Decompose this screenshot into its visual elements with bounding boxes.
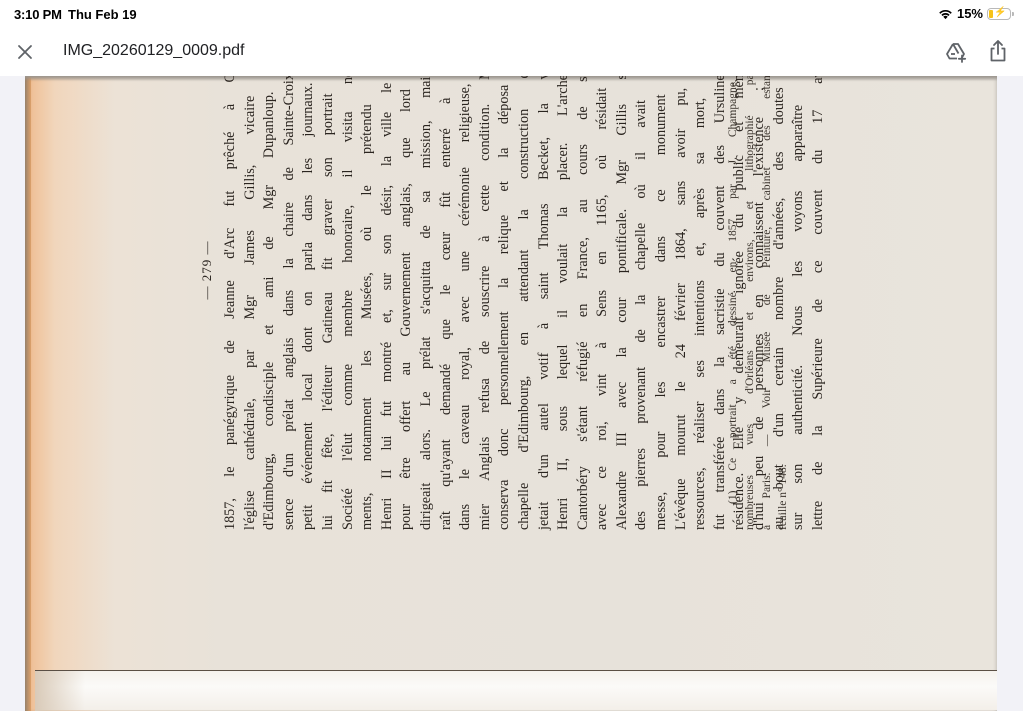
footnote-line: nombreuses vues d'Orléans et environs, e… <box>742 76 759 530</box>
text-line: ressources, réaliser ses intentions et, … <box>691 76 711 530</box>
text-line: Cantorbéry s'étant réfugié en France, au… <box>574 76 594 530</box>
text-line: des pierres provenant de la chapelle où … <box>632 76 652 530</box>
text-line: L'évêque mourut le 24 février 1864, sans… <box>672 76 692 530</box>
status-date: Thu Feb 19 <box>68 7 137 22</box>
page-binding-edge <box>25 76 31 711</box>
text-line: Henri II lui fut montré et, sur son dési… <box>378 76 398 530</box>
status-bar: 3:10 PM Thu Feb 19 15% ⚡ <box>0 0 1023 28</box>
wifi-icon <box>938 8 953 20</box>
pdf-viewer[interactable]: — 279 — 1857, le panégyrique de Jeanne d… <box>0 76 1023 711</box>
text-line: Alexandre III avec la cour pontificale. … <box>613 76 633 530</box>
page-bottom-strip <box>35 670 997 710</box>
text-line: conserva donc personnellement la relique… <box>495 76 515 530</box>
page-number: — 279 — <box>199 76 215 550</box>
text-line: l'église cathédrale, par Mgr James Gilli… <box>241 76 261 530</box>
document-title: IMG_20260129_0009.pdf <box>63 42 244 60</box>
text-line: raît qu'ayant demandé que le cœur fût en… <box>437 76 457 530</box>
share-icon[interactable] <box>987 39 1009 63</box>
text-line: jetait d'un autel votif à saint Thomas B… <box>535 76 555 530</box>
pdf-page: — 279 — 1857, le panégyrique de Jeanne d… <box>25 76 997 711</box>
text-line: pour être offert au Gouvernement anglais… <box>397 76 417 530</box>
footnote-line: (1) Ce portrait a été dessiné en 1857 pa… <box>725 76 742 530</box>
battery-percent: 15% <box>957 6 983 21</box>
text-line: messe, pour les encastrer dans ce monume… <box>652 76 672 530</box>
close-icon[interactable] <box>14 41 36 63</box>
status-indicators: 15% ⚡ <box>938 6 1011 21</box>
strip-shading <box>35 671 85 711</box>
text-line: lettre de la Supérieure de ce couvent du… <box>809 76 829 530</box>
text-line: dans le caveau royal, avec une cérémonie… <box>456 76 476 530</box>
text-line: d'Edimbourg, condisciple et ami de Mgr D… <box>260 76 280 530</box>
text-line: mier Anglais refusa de souscrire à cette… <box>476 76 496 530</box>
text-line: 1857, le panégyrique de Jeanne d'Arc fut… <box>221 76 241 530</box>
footnote-line: à Paris. — Voir Musée de Peinture, cabin… <box>759 76 776 530</box>
battery-charging-icon: ⚡ <box>987 8 1011 20</box>
text-line: sence d'un prélat anglais dans la chaire… <box>280 76 300 530</box>
text-line: ments, notamment les Musées, où le préte… <box>358 76 378 530</box>
footnote: (1) Ce portrait a été dessiné en 1857 pa… <box>725 76 792 530</box>
rotated-page-content: — 279 — 1857, le panégyrique de Jeanne d… <box>185 76 945 550</box>
text-line: Henri II, sous lequel il voulait la plac… <box>554 76 574 530</box>
text-line: Société l'élut comme membre honoraire, i… <box>339 76 359 530</box>
text-line: petit événement local dont on parla dans… <box>299 76 319 530</box>
text-line: avec ce roi, vint à Sens en 1165, où rés… <box>593 76 613 530</box>
status-time: 3:10 PM <box>14 7 62 22</box>
bolt-icon: ⚡ <box>994 7 1006 18</box>
battery-level <box>989 10 993 18</box>
text-line: dirigeait alors. Le prélat s'acquitta de… <box>417 76 437 530</box>
drive-add-icon[interactable] <box>944 40 968 64</box>
viewer-toolbar: IMG_20260129_0009.pdf <box>0 28 1023 76</box>
text-line: lui fit fête, l'éditeur Gatineau fit gra… <box>319 76 339 530</box>
text-line: chapelle d'Edimbourg, en attendant la co… <box>515 76 535 530</box>
footnote-line: feuille n° 148. <box>775 76 792 530</box>
